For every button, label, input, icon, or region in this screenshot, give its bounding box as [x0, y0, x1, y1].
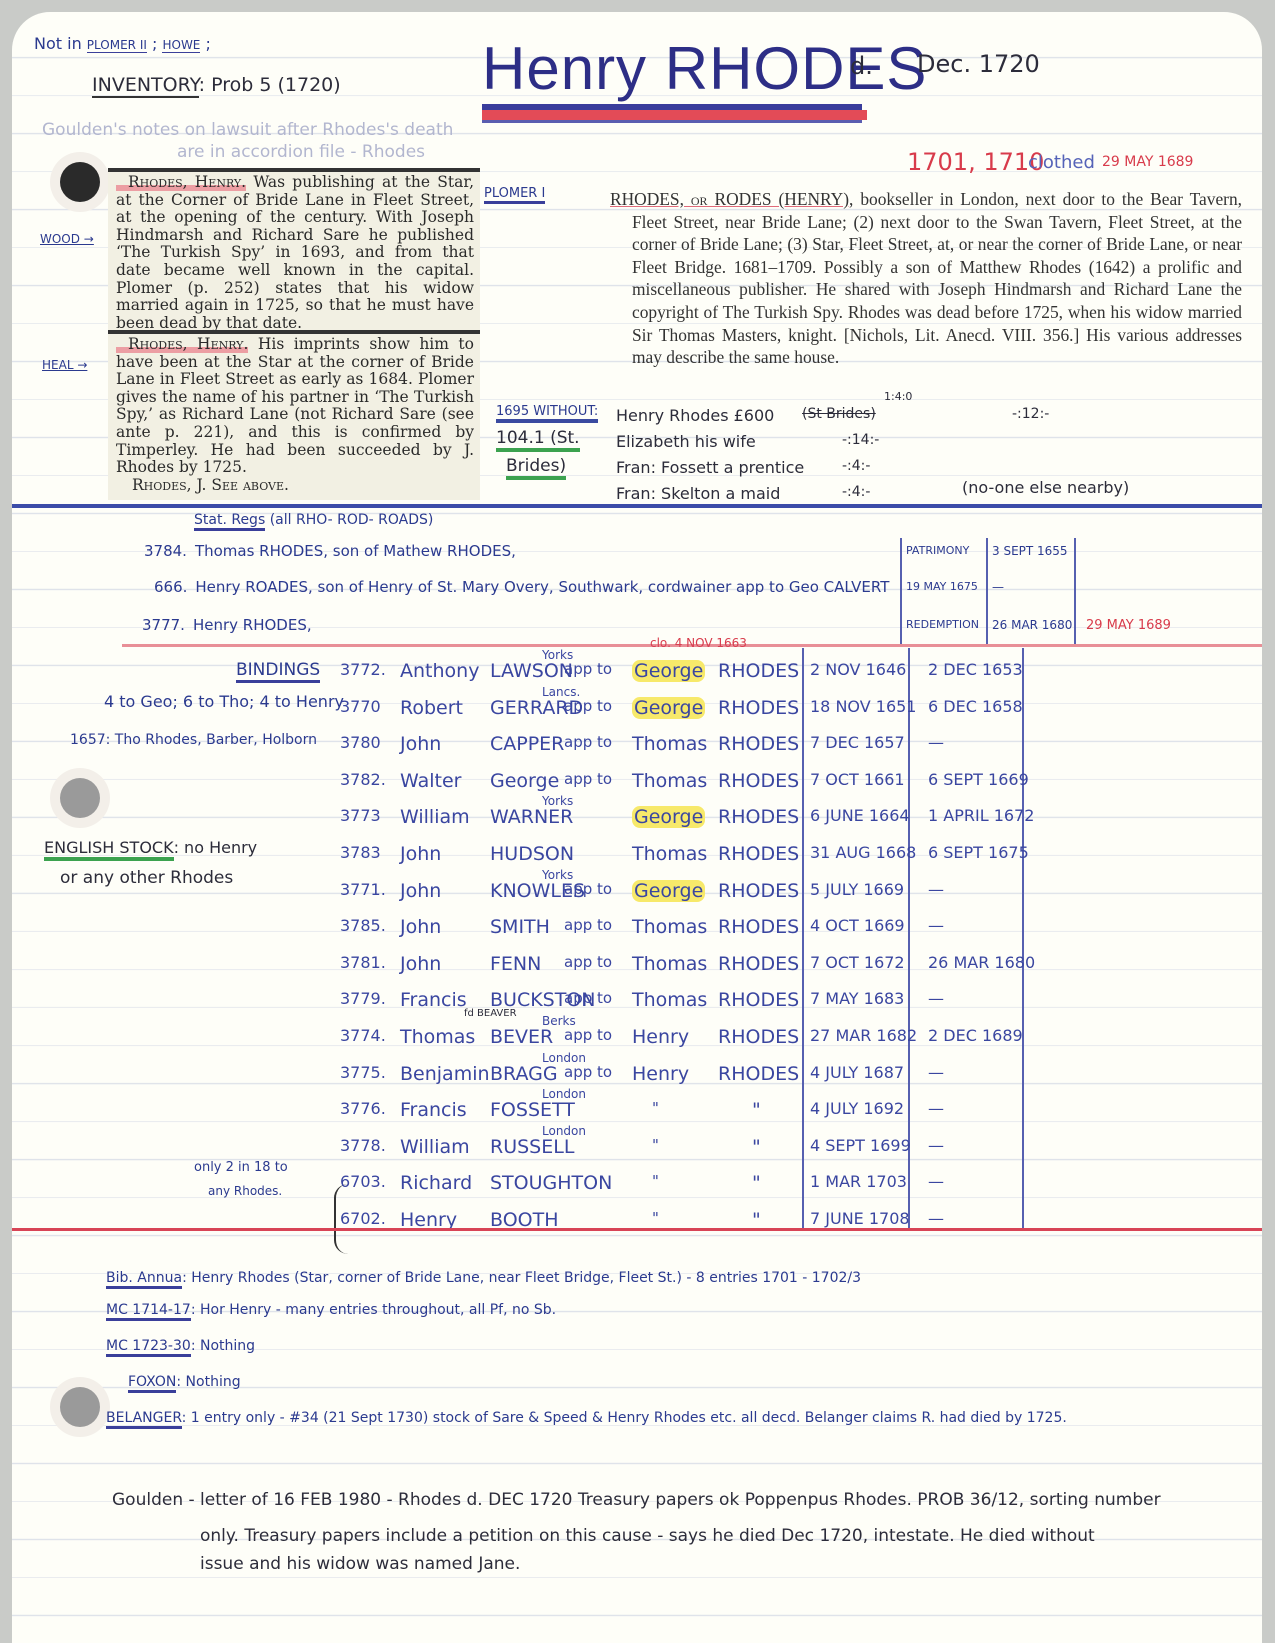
- freed-date: —: [928, 733, 944, 752]
- apprenticed-to: ": [652, 1099, 659, 1117]
- freed-date: —: [928, 916, 944, 935]
- binding-row: 3780JohnCAPPERapp toThomasRHODES7 DEC 16…: [12, 733, 1262, 769]
- bound-date: 4 JULY 1687: [810, 1063, 904, 1082]
- apprenticed-to: app to: [564, 989, 612, 1007]
- apprentice-number: 6703.: [340, 1172, 386, 1191]
- binding-row: 3770RobertGERRARDLancs.app toGeorgeRHODE…: [12, 697, 1262, 733]
- master-last-name: RHODES: [718, 880, 799, 902]
- apprentice-number: 3785.: [340, 916, 386, 935]
- stat-regs-how: 19 MAY 1675: [906, 580, 978, 593]
- apprenticed-to: app to: [564, 916, 612, 934]
- county-note: London: [542, 1124, 586, 1138]
- master-first-name: Thomas: [632, 843, 707, 865]
- binder-hole: [60, 162, 100, 202]
- death-date: Dec. 1720: [917, 50, 1040, 78]
- apprentice-last-name: George: [490, 770, 559, 792]
- master-last-name: RHODES: [718, 1063, 799, 1085]
- apprenticed-to: app to: [564, 660, 612, 678]
- apprenticed-to: ": [652, 1136, 659, 1154]
- apprenticed-to: app to: [564, 953, 612, 971]
- stat-regs-extra: 29 MAY 1689: [1086, 618, 1171, 633]
- apprentice-last-name: HUDSON: [490, 843, 574, 865]
- freed-date: —: [928, 1209, 944, 1228]
- freed-date: —: [928, 1172, 944, 1191]
- apprentice-last-name: FOSSETT: [490, 1099, 575, 1121]
- master-first-name: Thomas: [632, 953, 707, 975]
- stat-regs-date: 26 MAR 1680: [992, 618, 1072, 632]
- bound-date: 4 SEPT 1699: [810, 1136, 911, 1155]
- county-note: London: [542, 1087, 586, 1101]
- apprenticed-to: app to: [564, 770, 612, 788]
- master-last-name: RHODES: [718, 770, 799, 792]
- clipping-wood: Rhodes, Henry. Was publishing at the Sta…: [108, 168, 480, 338]
- apprentice-number: 6702.: [340, 1209, 386, 1228]
- tax-amount: -:12:-: [1012, 406, 1049, 422]
- master-first-name: Thomas: [632, 770, 707, 792]
- stat-regs-entry: 3784.Thomas RHODES, son of Mathew RHODES…: [144, 542, 516, 560]
- goulden-note: Goulden's notes on lawsuit after Rhodes'…: [42, 120, 453, 140]
- master-last-name: RHODES: [718, 989, 799, 1011]
- tax-amount: -:4:-: [842, 484, 870, 500]
- clipping-heading: Rhodes, Henry.: [116, 335, 248, 353]
- apprentice-first-name: John: [400, 916, 441, 938]
- apprentice-number: 3770: [340, 697, 381, 716]
- freed-date: —: [928, 880, 944, 899]
- source-label: BELANGER: [106, 1410, 182, 1429]
- source-text: : Nothing: [176, 1374, 240, 1390]
- bound-date: 7 OCT 1661: [810, 770, 905, 789]
- apprenticed-to: app to: [564, 1026, 612, 1044]
- apprentice-number: 3773: [340, 806, 381, 825]
- master-first-name: ": [752, 1099, 761, 1121]
- clothed-label: clothed: [1028, 152, 1095, 173]
- bound-date: 6 JUNE 1664: [810, 806, 910, 825]
- master-first-name: George: [632, 697, 705, 719]
- binding-row: 6703.RichardSTOUGHTON""1 MAR 1703—: [12, 1172, 1262, 1208]
- binding-row: 3779.FrancisBUCKSTONapp toThomasRHODES7 …: [12, 989, 1262, 1025]
- freed-date: —: [928, 1063, 944, 1082]
- apprenticed-to: app to: [564, 733, 612, 751]
- goulden-letter: issue and his widow was named Jane.: [200, 1554, 520, 1574]
- apprentice-number: 3776.: [340, 1099, 386, 1118]
- master-first-name: Henry: [632, 1063, 689, 1085]
- freed-date: 2 DEC 1689: [928, 1026, 1023, 1045]
- bound-date: 27 MAR 1682: [810, 1026, 917, 1045]
- freed-date: 6 SEPT 1675: [928, 843, 1029, 862]
- apprentice-last-name: STOUGHTON: [490, 1172, 612, 1194]
- master-first-name: ": [752, 1136, 761, 1158]
- master-first-name: Thomas: [632, 733, 707, 755]
- clipping-text: Was publishing at the Star, at the Corne…: [116, 173, 474, 332]
- apprentice-last-name: WARNER: [490, 806, 573, 828]
- years-note: 1701, 1710: [907, 148, 1044, 176]
- tax-ref: 104.1 (St.: [496, 428, 580, 452]
- bound-date: 7 DEC 1657: [810, 733, 905, 752]
- clipping-text: His imprints show him to have been at th…: [116, 335, 474, 476]
- master-last-name: RHODES: [718, 843, 799, 865]
- bound-date: 4 OCT 1669: [810, 916, 905, 935]
- apprentice-last-name: CAPPER: [490, 733, 564, 755]
- tax-label: 1695 WITHOUT:: [496, 404, 598, 423]
- bound-date: 5 JULY 1669: [810, 880, 904, 899]
- plomer-label: PLOMER I: [484, 186, 545, 204]
- master-first-name: George: [632, 806, 705, 828]
- tax-entry-name: Fran: Fossett a prentice: [616, 458, 804, 477]
- freed-date: 2 DEC 1653: [928, 660, 1023, 679]
- apprentice-first-name: William: [400, 806, 470, 828]
- apprentice-number: 3771.: [340, 880, 386, 899]
- apprentice-first-name: Thomas: [400, 1026, 475, 1048]
- binding-row: 3773WilliamWARNERYorksGeorgeRHODES6 JUNE…: [12, 806, 1262, 842]
- apprentice-last-name: BRAGG: [490, 1063, 558, 1085]
- apprentice-last-name: LAWSON: [490, 660, 573, 682]
- apprentice-number: 3775.: [340, 1063, 386, 1082]
- master-first-name: ": [752, 1172, 761, 1194]
- tax-ref: Brides): [506, 456, 566, 480]
- apprenticed-to: ": [652, 1172, 659, 1190]
- freed-date: 6 DEC 1658: [928, 697, 1023, 716]
- apprentice-number: 3782.: [340, 770, 386, 789]
- county-note: Yorks: [542, 794, 573, 808]
- master-last-name: RHODES: [718, 697, 799, 719]
- clothed-date: 29 MAY 1689: [1102, 154, 1193, 170]
- binding-row: 3772.AnthonyLAWSONYorksapp toGeorgeRHODE…: [12, 660, 1262, 696]
- source-label: MC 1723-30: [106, 1338, 191, 1357]
- apprentice-first-name: Francis: [400, 1099, 467, 1121]
- freed-date: 6 SEPT 1669: [928, 770, 1029, 789]
- source-entry: Bib. Annua: Henry Rhodes (Star, corner o…: [106, 1270, 861, 1286]
- tax-entry-name: Henry Rhodes £600: [616, 406, 774, 425]
- binding-row: 3776.FrancisFOSSETTLondon""4 JULY 1692—: [12, 1099, 1262, 1135]
- apprentice-first-name: Robert: [400, 697, 463, 719]
- binding-row: 3782.WalterGeorgeapp toThomasRHODES7 OCT…: [12, 770, 1262, 806]
- red-rule: [122, 644, 1262, 647]
- source-entry: BELANGER: 1 entry only - #34 (21 Sept 17…: [106, 1410, 1067, 1426]
- apprentice-number: 3774.: [340, 1026, 386, 1045]
- apprentice-first-name: John: [400, 733, 441, 755]
- source-entry: MC 1714-17: Hor Henry - many entries thr…: [106, 1302, 556, 1318]
- goulden-letter: only. Treasury papers include a petition…: [200, 1526, 1095, 1546]
- binding-row: 3771.JohnKNOWLESYorksapp toGeorgeRHODES5…: [12, 880, 1262, 916]
- stat-regs-date: —: [992, 580, 1004, 594]
- apprentice-number: 3779.: [340, 989, 386, 1008]
- master-first-name: Henry: [632, 1026, 689, 1048]
- source-label: MC 1714-17: [106, 1302, 191, 1321]
- apprentice-first-name: Walter: [400, 770, 461, 792]
- inventory-line: INVENTORY: Prob 5 (1720): [92, 74, 341, 96]
- apprentice-first-name: John: [400, 843, 441, 865]
- apprenticed-to: ": [652, 1209, 659, 1227]
- binding-row: 3785.JohnSMITHapp toThomasRHODES4 OCT 16…: [12, 916, 1262, 952]
- source-entry: MC 1723-30: Nothing: [106, 1338, 255, 1354]
- binding-row: 3774.ThomasBEVERBerksapp toHenryRHODES27…: [12, 1026, 1262, 1062]
- death-label: d.: [850, 52, 873, 80]
- master-first-name: George: [632, 660, 705, 682]
- bound-date: 7 JUNE 1708: [810, 1209, 910, 1228]
- freed-date: 1 APRIL 1672: [928, 806, 1034, 825]
- tax-amount: -:14:-: [842, 432, 879, 448]
- master-first-name: George: [632, 880, 705, 902]
- master-first-name: Thomas: [632, 916, 707, 938]
- master-last-name: RHODES: [718, 660, 799, 682]
- master-last-name: RHODES: [718, 953, 799, 975]
- apprentice-first-name: Benjamin: [400, 1063, 490, 1085]
- stat-regs-entry: 3777.Henry RHODES,: [142, 616, 312, 634]
- bound-date: 7 MAY 1683: [810, 989, 904, 1008]
- stat-regs-how: REDEMPTION: [906, 618, 979, 631]
- bound-date: 31 AUG 1668: [810, 843, 916, 862]
- bound-date: 7 OCT 1672: [810, 953, 905, 972]
- apprenticed-to: app to: [564, 1063, 612, 1081]
- master-first-name: Thomas: [632, 989, 707, 1011]
- bound-date: 18 NOV 1651: [810, 697, 916, 716]
- apprentice-first-name: Anthony: [400, 660, 479, 682]
- wood-label: WOOD →: [40, 232, 94, 246]
- bound-date: 2 NOV 1646: [810, 660, 906, 679]
- table-line: [986, 538, 988, 644]
- freed-date: 26 MAR 1680: [928, 953, 1035, 972]
- apprentice-first-name: John: [400, 953, 441, 975]
- apprentice-number: 3781.: [340, 953, 386, 972]
- tax-nearby-note: (no-one else nearby): [962, 478, 1129, 497]
- not-in-note: Not in PLOMER II ; HOWE ;: [34, 34, 211, 53]
- apprentice-first-name: Richard: [400, 1172, 472, 1194]
- clothed-note: clo. 4 NOV 1663: [650, 636, 747, 650]
- source-text: : Henry Rhodes (Star, corner of Bride La…: [182, 1270, 861, 1286]
- apprentice-number: 3772.: [340, 660, 386, 679]
- apprenticed-to: app to: [564, 880, 612, 898]
- apprentice-first-name: William: [400, 1136, 470, 1158]
- goulden-letter: Goulden - letter of 16 FEB 1980 - Rhodes…: [112, 1490, 1161, 1510]
- binding-row: 6702.HenryBOOTH""7 JUNE 1708—: [12, 1209, 1262, 1245]
- goulden-note: are in accordion file - Rhodes: [177, 142, 425, 162]
- clipping-heal: Rhodes, Henry. His imprints show him to …: [108, 330, 480, 500]
- freed-date: —: [928, 1099, 944, 1118]
- master-last-name: RHODES: [718, 916, 799, 938]
- source-label: Bib. Annua: [106, 1270, 182, 1289]
- title-underline: [482, 110, 867, 120]
- freed-date: —: [928, 989, 944, 1008]
- stat-regs-date: 3 SEPT 1655: [992, 544, 1068, 558]
- title-underline: [482, 120, 862, 123]
- binding-row: 3783JohnHUDSONThomasRHODES31 AUG 16686 S…: [12, 843, 1262, 879]
- master-last-name: RHODES: [718, 806, 799, 828]
- apprentice-last-name: BEVER: [490, 1026, 553, 1048]
- heal-label: HEAL →: [42, 358, 87, 372]
- binding-row: 3775.BenjaminBRAGGLondonapp toHenryRHODE…: [12, 1063, 1262, 1099]
- apprentice-number: 3780: [340, 733, 381, 752]
- master-last-name: RHODES: [718, 733, 799, 755]
- master-last-name: RHODES: [718, 1026, 799, 1048]
- apprentice-first-name: John: [400, 880, 441, 902]
- apprentice-number: 3778.: [340, 1136, 386, 1155]
- source-text: : Hor Henry - many entries throughout, a…: [191, 1302, 556, 1318]
- tax-entry-name: Elizabeth his wife: [616, 432, 756, 451]
- table-line: [900, 538, 902, 644]
- section-divider: [12, 1228, 1262, 1231]
- stat-regs-entry: 666.Henry ROADES, son of Henry of St. Ma…: [154, 578, 889, 596]
- apprentice-last-name: SMITH: [490, 916, 550, 938]
- clipping-footer: Rhodes, J. See above.: [116, 477, 474, 495]
- binding-row: 3778.WilliamRUSSELLLondon""4 SEPT 1699—: [12, 1136, 1262, 1172]
- clipping-plomer: RHODES, or RODES (HENRY), bookseller in …: [610, 188, 1242, 369]
- bound-date: 1 MAR 1703: [810, 1172, 907, 1191]
- tax-struck-text: (St Brides): [802, 406, 876, 422]
- source-text: : Nothing: [191, 1338, 255, 1354]
- clipping-heading: Rhodes, Henry.: [116, 173, 246, 191]
- notebook-page: Not in PLOMER II ; HOWE ; INVENTORY: Pro…: [12, 12, 1262, 1643]
- tax-entry-name: Fran: Skelton a maid: [616, 484, 780, 503]
- binding-row: 3781.JohnFENNapp toThomasRHODES7 OCT 167…: [12, 953, 1262, 989]
- source-label: FOXON: [128, 1374, 176, 1393]
- apprentice-last-name: FENN: [490, 953, 541, 975]
- tax-amount: -:4:-: [842, 458, 870, 474]
- apprentice-first-name: Francis: [400, 989, 467, 1011]
- source-text: : 1 entry only - #34 (21 Sept 1730) stoc…: [182, 1410, 1067, 1426]
- source-entry: FOXON: Nothing: [128, 1374, 241, 1390]
- tax-note: 1:4:0: [884, 390, 912, 403]
- apprentice-number: 3783: [340, 843, 381, 862]
- apprentice-last-name: RUSSELL: [490, 1136, 574, 1158]
- binder-hole: [60, 1387, 100, 1427]
- bound-date: 4 JULY 1692: [810, 1099, 904, 1118]
- freed-date: —: [928, 1136, 944, 1155]
- stat-regs-how: PATRIMONY: [906, 544, 969, 557]
- section-divider: [12, 504, 1262, 508]
- stat-regs-header: Stat. Regs (all RHO- ROD- ROADS): [194, 512, 433, 528]
- apprenticed-to: app to: [564, 697, 612, 715]
- table-line: [1074, 538, 1076, 644]
